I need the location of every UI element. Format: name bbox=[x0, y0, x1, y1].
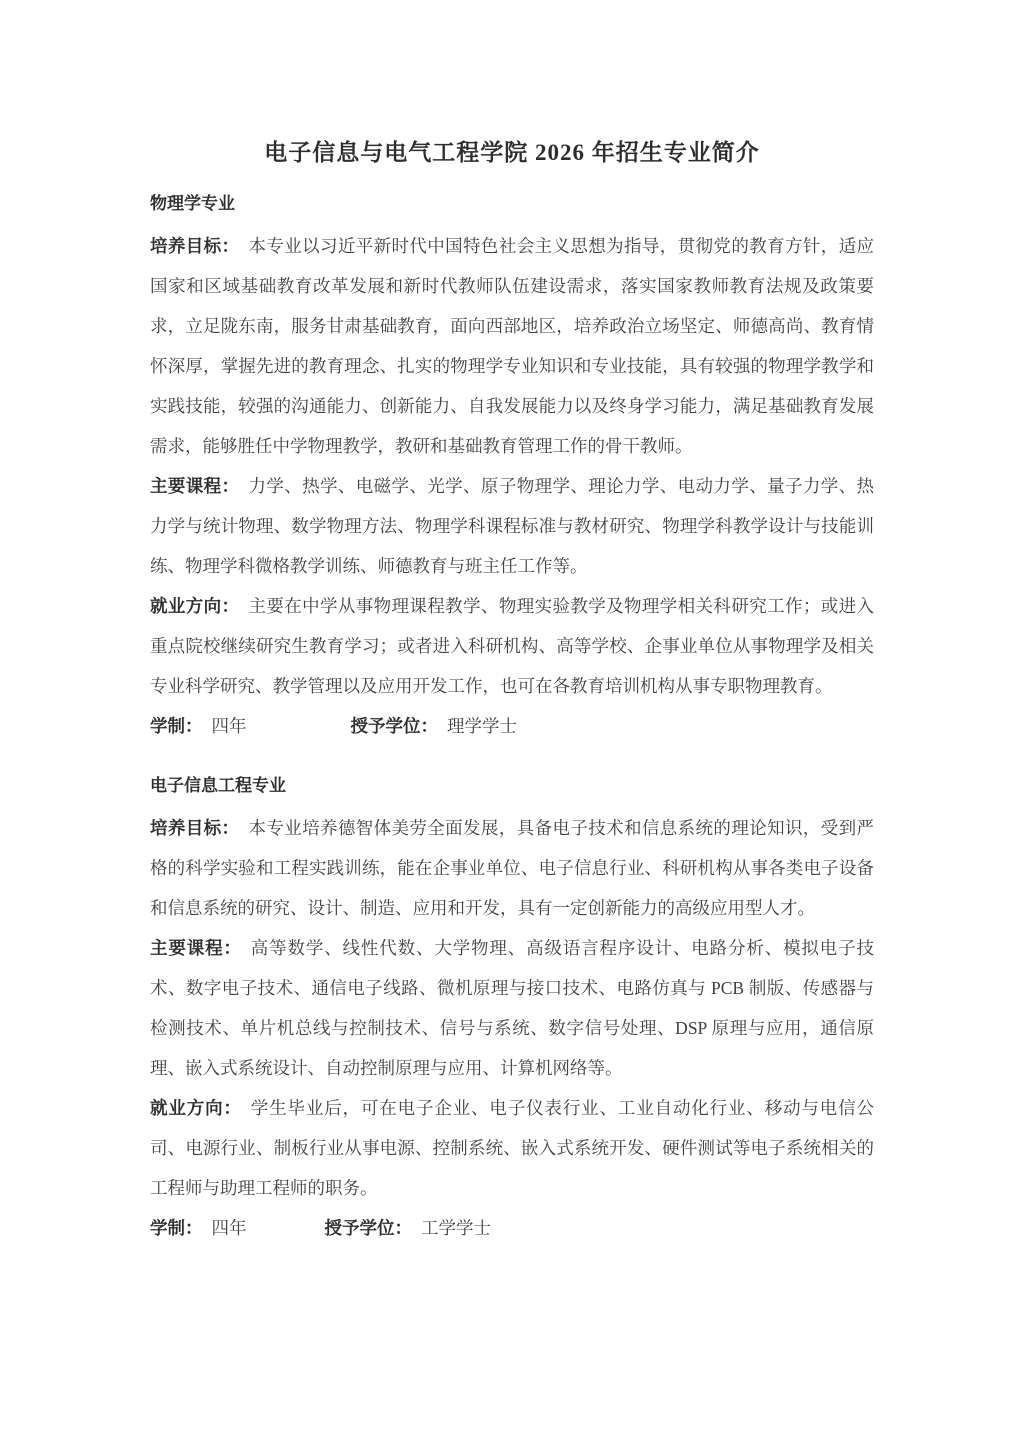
duration-value: 四年 bbox=[212, 1218, 247, 1238]
section-physics-title: 物理学专业 bbox=[150, 194, 874, 214]
document-content: 电子信息与电气工程学院 2026 年招生专业简介 物理学专业 培养目标：本专业以… bbox=[0, 0, 1024, 1248]
main-courses-label: 主要课程： bbox=[150, 476, 248, 496]
degree-value: 工学学士 bbox=[421, 1218, 491, 1238]
section-electronic-information-engineering: 电子信息工程专业 培养目标：本专业培养德智体美劳全面发展，具备电子技术和信息系统… bbox=[150, 776, 874, 1248]
training-objective-text: 本专业培养德智体美劳全面发展，具备电子技术和信息系统的理论知识，受到严格的科学实… bbox=[150, 818, 874, 918]
employment-label: 就业方向： bbox=[150, 1098, 251, 1118]
eie-degree-row: 学制：四年授予学位：工学学士 bbox=[150, 1208, 874, 1248]
physics-degree-row: 学制：四年授予学位：理学学士 bbox=[150, 706, 874, 746]
physics-main-courses-paragraph: 主要课程：力学、热学、电磁学、光学、原子物理学、理论力学、电动力学、量子力学、热… bbox=[150, 466, 874, 586]
physics-training-objective-paragraph: 培养目标：本专业以习近平新时代中国特色社会主义思想为指导，贯彻党的教育方针，适应… bbox=[150, 226, 874, 466]
eie-main-courses-paragraph: 主要课程：高等数学、线性代数、大学物理、高级语言程序设计、电路分析、模拟电子技术… bbox=[150, 928, 874, 1088]
duration-value: 四年 bbox=[212, 716, 247, 736]
main-courses-text: 高等数学、线性代数、大学物理、高级语言程序设计、电路分析、模拟电子技术、数字电子… bbox=[150, 938, 874, 1078]
main-courses-label: 主要课程： bbox=[150, 938, 251, 958]
physics-employment-paragraph: 就业方向：主要在中学从事物理课程教学、物理实验教学及物理学相关科研究工作；或进入… bbox=[150, 586, 874, 706]
document-title: 电子信息与电气工程学院 2026 年招生专业简介 bbox=[150, 136, 874, 170]
degree-label: 授予学位： bbox=[325, 1218, 422, 1238]
training-objective-text: 本专业以习近平新时代中国特色社会主义思想为指导，贯彻党的教育方针，适应国家和区域… bbox=[150, 236, 874, 456]
degree-label: 授予学位： bbox=[351, 716, 448, 736]
eie-training-objective-paragraph: 培养目标：本专业培养德智体美劳全面发展，具备电子技术和信息系统的理论知识，受到严… bbox=[150, 808, 874, 928]
document-page: 电子信息与电气工程学院 2026 年招生专业简介 物理学专业 培养目标：本专业以… bbox=[0, 0, 1024, 1448]
training-objective-label: 培养目标： bbox=[150, 818, 248, 838]
degree-value: 理学学士 bbox=[447, 716, 517, 736]
duration-label: 学制： bbox=[150, 1218, 212, 1238]
main-courses-text: 力学、热学、电磁学、光学、原子物理学、理论力学、电动力学、量子力学、热力学与统计… bbox=[150, 476, 874, 576]
duration-label: 学制： bbox=[150, 716, 212, 736]
eie-employment-paragraph: 就业方向：学生毕业后，可在电子企业、电子仪表行业、工业自动化行业、移动与电信公司… bbox=[150, 1088, 874, 1208]
employment-text: 主要在中学从事物理课程教学、物理实验教学及物理学相关科研究工作；或进入重点院校继… bbox=[150, 596, 874, 696]
employment-label: 就业方向： bbox=[150, 596, 248, 616]
training-objective-label: 培养目标： bbox=[150, 236, 248, 256]
section-eie-title: 电子信息工程专业 bbox=[150, 776, 874, 796]
employment-text: 学生毕业后，可在电子企业、电子仪表行业、工业自动化行业、移动与电信公司、电源行业… bbox=[150, 1098, 874, 1198]
section-physics: 物理学专业 培养目标：本专业以习近平新时代中国特色社会主义思想为指导，贯彻党的教… bbox=[150, 194, 874, 746]
